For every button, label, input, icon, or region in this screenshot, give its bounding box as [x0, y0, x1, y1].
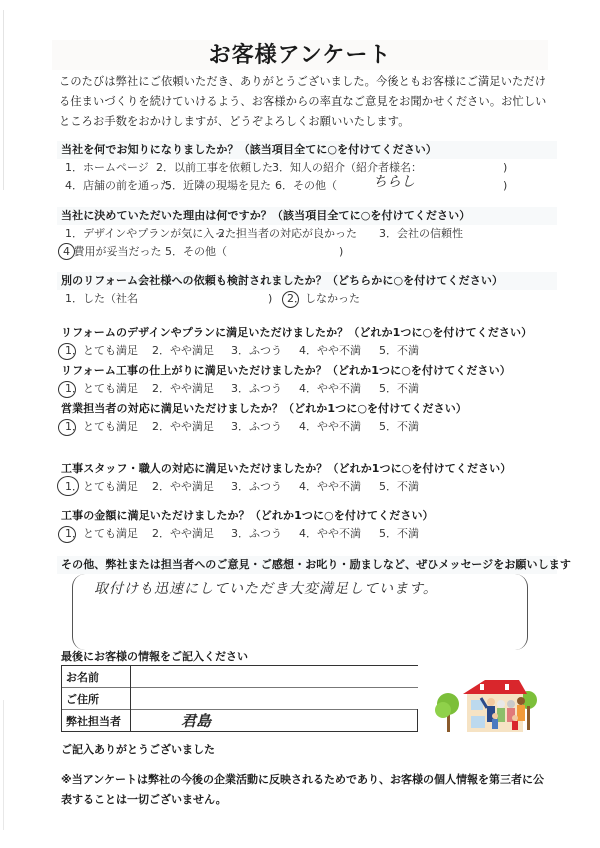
rating-option-4[interactable]: 4．やや不満 — [299, 418, 361, 436]
option-selected[interactable]: 4 費用が妥当だった — [63, 243, 162, 261]
rating-option-4[interactable]: 4．やや不満 — [299, 380, 361, 398]
question-title: 当社を何でお知りになりましたか？（該当項目全てに○を付けてください） — [61, 141, 551, 159]
privacy-note: ※当アンケートは弊社の今後の企業活動に反映されるためであり、お客様の個人情報を第… — [61, 770, 551, 810]
question-finish-satisfaction: リフォーム工事の仕上がりに満足いただけましたか？（どれか1つに○を付けてください… — [61, 362, 551, 398]
paren-close: ) — [503, 159, 507, 177]
option-row: 1．ホームページ 2．以前工事を依頼した 3．知人の紹介（紹介者様名： ) — [61, 159, 551, 177]
rating-option-3[interactable]: 3．ふつう — [231, 342, 282, 360]
rating-option-4[interactable]: 4．やや不満 — [299, 342, 361, 360]
comment-section: その他、弊社または担当者へのご意見・ご感想・お叱り・励ましなど、ぜひメッセージを… — [61, 556, 551, 574]
paren-close: ) — [268, 290, 272, 308]
rating-option-2[interactable]: 2．やや満足 — [152, 525, 214, 543]
customer-info-title: 最後にお客様の情報をご記入ください — [61, 648, 248, 664]
question-title: 工事の金額に満足いただけましたか？（どれか1つに○を付けてください） — [61, 507, 551, 525]
option[interactable]: 1．デザインやプランが気に入った — [65, 225, 236, 243]
bracket-left — [72, 574, 85, 650]
rating-option-1[interactable]: 1．とても満足 — [65, 380, 138, 398]
rating-row: 1．とても満足 2．やや満足 3．ふつう 4．やや不満 5．不満 — [61, 380, 551, 398]
question-how-found: 当社を何でお知りになりましたか？（該当項目全てに○を付けてください） 1．ホーム… — [61, 141, 551, 195]
rating-row: 1．とても満足 2．やや満足 3．ふつう 4．やや不満 5．不満 — [61, 525, 551, 543]
info-row-name: お名前 — [62, 666, 418, 688]
question-design-satisfaction: リフォームのデザインやプランに満足いただけましたか？（どれか1つに○を付けてくだ… — [61, 324, 551, 360]
rating-option-5[interactable]: 5．不満 — [379, 342, 419, 360]
rating-option-5[interactable]: 5．不満 — [379, 380, 419, 398]
rating-option-5[interactable]: 5．不満 — [379, 478, 419, 496]
option[interactable]: 2．以前工事を依頼した — [156, 159, 273, 177]
page-title: お客様アンケート — [0, 38, 600, 69]
rating-option-1[interactable]: 1．とても満足 — [65, 418, 138, 436]
rating-option-3[interactable]: 3．ふつう — [231, 418, 282, 436]
question-title: リフォームのデザインやプランに満足いただけましたか？（どれか1つに○を付けてくだ… — [61, 324, 551, 342]
option[interactable]: 3．会社の信頼性 — [379, 225, 463, 243]
rating-option-5[interactable]: 5．不満 — [379, 525, 419, 543]
rating-option-5[interactable]: 5．不満 — [379, 418, 419, 436]
info-label-address: ご住所 — [62, 688, 131, 710]
option-selected[interactable]: 2．しなかった — [287, 290, 360, 308]
rating-option-1[interactable]: 1．とても満足 — [65, 342, 138, 360]
rating-option-4[interactable]: 4．やや不満 — [299, 525, 361, 543]
paren-close: ) — [339, 243, 343, 261]
name-field[interactable] — [131, 666, 418, 688]
question-reason: 当社に決めていただいた理由は何ですか？（該当項目全てに○を付けてください） 1．… — [61, 207, 551, 261]
handwritten-other: ちらし — [373, 173, 415, 191]
question-staff-satisfaction: 工事スタッフ・職人の対応に満足いただけましたか？（どれか1つに○を付けてください… — [61, 460, 551, 496]
page-edge — [3, 10, 4, 190]
info-row-address: ご住所 — [62, 688, 418, 710]
address-field[interactable] — [131, 688, 418, 710]
family-house-illustration — [435, 676, 545, 736]
option-row: 4．店舗の前を通った 5．近隣の現場を見た 6．その他（ ちらし ) — [61, 177, 551, 195]
option[interactable]: 5．近隣の現場を見た — [165, 177, 271, 195]
option-row: 1．した（社名 ) 2．しなかった — [61, 290, 551, 308]
rating-option-2[interactable]: 2．やや満足 — [152, 478, 214, 496]
rating-option-2[interactable]: 2．やや満足 — [152, 342, 214, 360]
rating-row: 1．とても満足 2．やや満足 3．ふつう 4．やや不満 5．不満 — [61, 342, 551, 360]
rating-option-3[interactable]: 3．ふつう — [231, 478, 282, 496]
rating-row: 1．とても満足 2．やや満足 3．ふつう 4．やや不満 5．不満 — [61, 478, 551, 496]
paren-close: ) — [503, 177, 507, 195]
question-other-company: 別のリフォーム会社様への依頼も検討されましたか？（どちらかに○を付けてください）… — [61, 272, 551, 308]
rating-option-1[interactable]: 1．とても満足 — [65, 525, 138, 543]
option[interactable]: 6．その他（ — [275, 177, 337, 195]
rating-option-4[interactable]: 4．やや不満 — [299, 478, 361, 496]
rating-row: 1．とても満足 2．やや満足 3．ふつう 4．やや不満 5．不満 — [61, 418, 551, 436]
rating-option-2[interactable]: 2．やや満足 — [152, 380, 214, 398]
question-title: その他、弊社または担当者へのご意見・ご感想・お叱り・励ましなど、ぜひメッセージを… — [61, 556, 551, 574]
rating-option-3[interactable]: 3．ふつう — [231, 525, 282, 543]
info-label-name: お名前 — [62, 666, 131, 688]
bracket-right — [515, 574, 528, 650]
rating-option-3[interactable]: 3．ふつう — [231, 380, 282, 398]
comment-box[interactable]: 取付けも迅速にしていただき大変満足しています。 — [72, 574, 528, 650]
question-title: リフォーム工事の仕上がりに満足いただけましたか？（どれか1つに○を付けてください… — [61, 362, 551, 380]
intro-text: このたびは弊社にご依頼いただき、ありがとうございました。今後ともお客様にご満足い… — [59, 72, 549, 132]
question-title: 別のリフォーム会社様への依頼も検討されましたか？（どちらかに○を付けてください） — [61, 272, 551, 290]
customer-info-table: お名前 ご住所 弊社担当者 君島 — [61, 665, 418, 732]
rating-option-2[interactable]: 2．やや満足 — [152, 418, 214, 436]
page-edge — [3, 700, 4, 830]
option-row: 4 費用が妥当だった 5．その他（ ) — [61, 243, 551, 261]
handwritten-staff-name: 君島 — [181, 710, 211, 731]
info-row-staff: 弊社担当者 君島 — [62, 710, 418, 732]
question-sales-satisfaction: 営業担当者の対応に満足いただけましたか？（どれか1つに○を付けてください） 1．… — [61, 400, 551, 436]
option[interactable]: 5．その他（ — [165, 243, 227, 261]
question-price-satisfaction: 工事の金額に満足いただけましたか？（どれか1つに○を付けてください） 1．とても… — [61, 507, 551, 543]
staff-field[interactable]: 君島 — [131, 710, 418, 732]
question-title: 工事スタッフ・職人の対応に満足いただけましたか？（どれか1つに○を付けてください… — [61, 460, 551, 478]
option[interactable]: 1．した（社名 — [65, 290, 138, 308]
option[interactable]: 1．ホームページ — [65, 159, 149, 177]
question-title: 営業担当者の対応に満足いただけましたか？（どれか1つに○を付けてください） — [61, 400, 551, 418]
option[interactable]: 4．店舗の前を通った — [65, 177, 171, 195]
thanks-text: ご記入ありがとうございました — [61, 741, 215, 757]
handwritten-comment: 取付けも迅速にしていただき大変満足しています。 — [94, 578, 438, 598]
info-label-staff: 弊社担当者 — [62, 710, 131, 732]
question-title: 当社に決めていただいた理由は何ですか？（該当項目全てに○を付けてください） — [61, 207, 551, 225]
option[interactable]: 2．担当者の対応が良かった — [218, 225, 357, 243]
rating-option-1[interactable]: 1．とても満足 — [65, 478, 138, 496]
option-row: 1．デザインやプランが気に入った 2．担当者の対応が良かった 3．会社の信頼性 — [61, 225, 551, 243]
